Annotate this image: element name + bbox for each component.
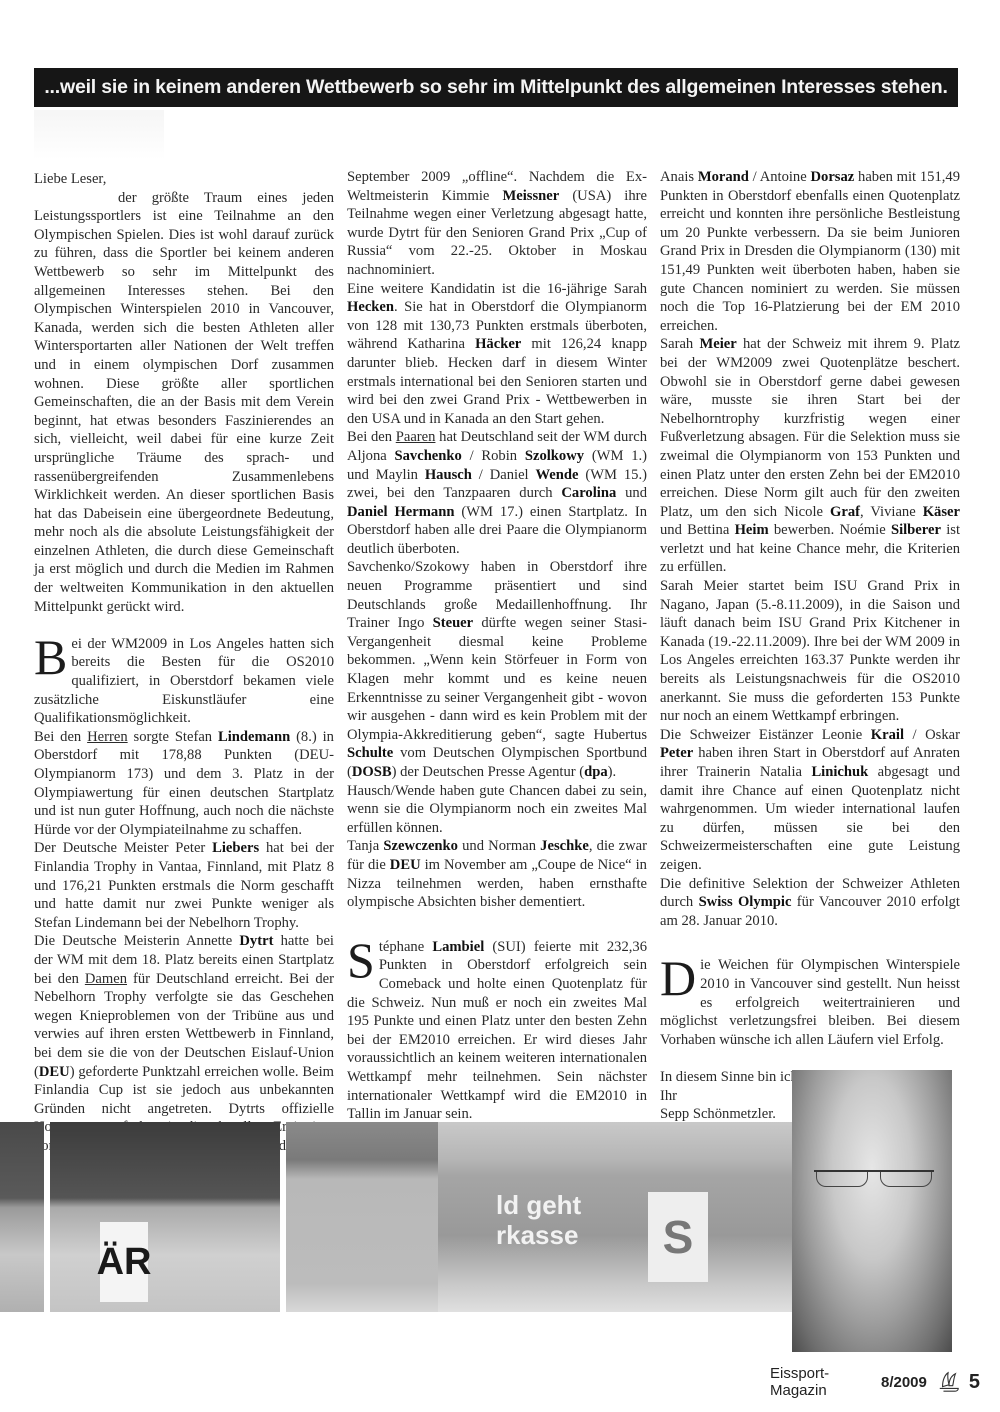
rink-sign-ar: ÄR <box>100 1222 148 1302</box>
paragraph-steuer: Savchenko/Szokowy haben in Oberstdorf ih… <box>347 558 647 781</box>
article-column-3: Anais Morand / Antoine Dorsaz haben mit … <box>660 168 960 1124</box>
paragraph-krail: Die Schweizer Eistänzer Leonie Krail / O… <box>660 726 960 875</box>
paragraph-liebers: Der Deutsche Meister Peter Liebers hat b… <box>34 839 334 932</box>
intro-paragraph: der größte Traum eines jeden Leistungssp… <box>34 189 334 617</box>
article-column-2: September 2009 „offline“. Nachdem die Ex… <box>347 168 647 1124</box>
headline-text: ...weil sie in keinem anderen Wettbewerb… <box>44 76 947 99</box>
paragraph-closing: Die Weichen für Olympischen Winterspiele… <box>660 956 960 1049</box>
paragraph-paaren: Bei den Paaren hat Deutschland seit der … <box>347 428 647 558</box>
salutation: Liebe Leser, <box>34 170 334 189</box>
sparkasse-logo: S <box>648 1192 708 1282</box>
article-column-1: Liebe Leser, der größte Traum eines jede… <box>34 170 334 1155</box>
paragraph-swiss-olympic: Die definitive Selektion der Schweizer A… <box>660 875 960 931</box>
faded-background-text <box>34 110 164 160</box>
paragraph-szewczenko: Tanja Szewczenko und Norman Jeschke, die… <box>347 837 647 911</box>
photo-rink-boards: ld gehtrkasse S <box>438 1122 800 1312</box>
rink-sign-geht: ld gehtrkasse <box>496 1190 581 1250</box>
paragraph-herren: Bei den Herren sorgte Stefan Lindemann (… <box>34 728 334 840</box>
author-portrait-photo <box>792 1070 952 1352</box>
dropcap-s: S <box>347 941 375 979</box>
dropcap-d: D <box>660 959 696 997</box>
issue-number: 8/2009 <box>881 1374 927 1391</box>
paragraph-meier: Sarah Meier hat der Schweiz mit ihrem 9.… <box>660 335 960 577</box>
skate-logo-icon <box>937 1371 961 1393</box>
glasses-shape <box>814 1170 934 1186</box>
page-number: 5 <box>969 1371 980 1394</box>
paragraph-morand: Anais Morand / Antoine Dorsaz haben mit … <box>660 168 960 335</box>
photo-audience-left <box>0 1122 44 1312</box>
paragraph-wm2009: Bei der WM2009 in Los Angeles hatten sic… <box>34 635 334 728</box>
magazine-name: Eissport-Magazin <box>770 1365 877 1399</box>
paragraph-hecken: Eine weitere Kandidatin ist die 16-jähri… <box>347 280 647 429</box>
headline-banner: ...weil sie in keinem anderen Wettbewerb… <box>34 68 958 107</box>
paragraph-hausch-wende: Hausch/Wende haben gute Chancen dabei zu… <box>347 782 647 838</box>
page-footer: Eissport-Magazin 8/2009 5 <box>770 1370 980 1394</box>
dropcap-b: B <box>34 638 67 676</box>
paragraph-lambiel: Stéphane Lambiel (SUI) feierte mit 232,3… <box>347 938 647 1124</box>
photo-audience-rink: ÄR <box>50 1122 280 1312</box>
photo-strip: ÄR CH ld gehtrkasse S <box>0 1122 800 1312</box>
paragraph-meissner: September 2009 „offline“. Nachdem die Ex… <box>347 168 647 280</box>
paragraph-nagano: Sarah Meier startet beim ISU Grand Prix … <box>660 577 960 726</box>
